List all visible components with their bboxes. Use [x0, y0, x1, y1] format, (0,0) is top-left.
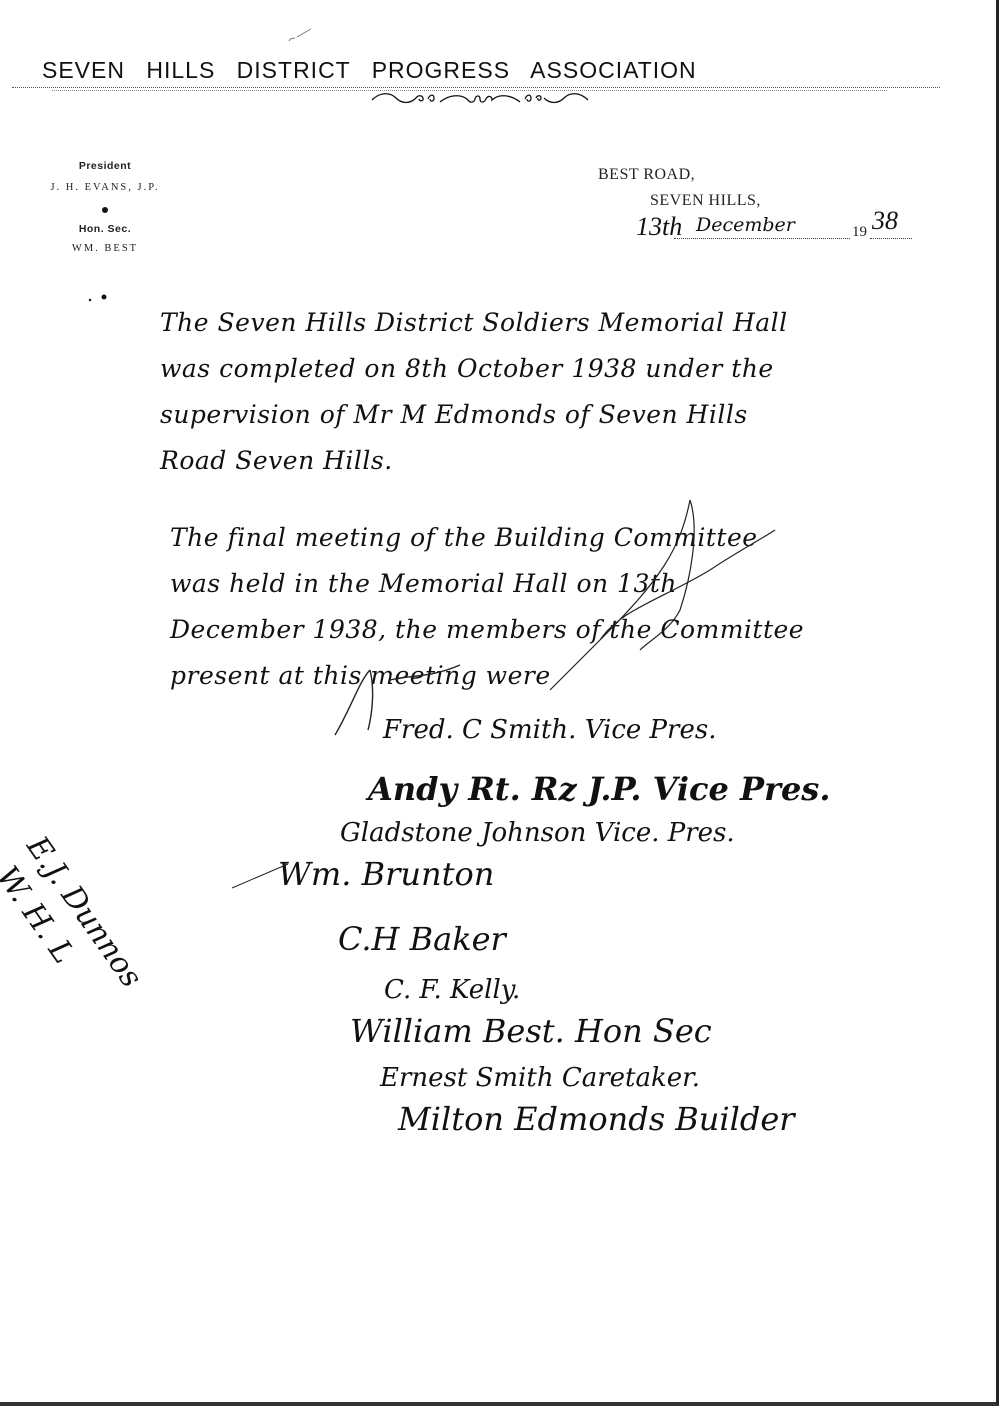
address-line-1: BEST ROAD, [598, 162, 761, 188]
bullet-dot-icon [102, 207, 108, 213]
paragraph-completion: The Seven Hills District Soldiers Memori… [160, 300, 970, 484]
signature-william-best: William Best. Hon Sec [350, 1012, 712, 1050]
organization-title: SEVEN HILLS DISTRICT PROGRESS ASSOCIATIO… [20, 57, 922, 84]
address-block: BEST ROAD, SEVEN HILLS, [598, 162, 761, 214]
text-line: supervision of Mr M Edmonds of Seven Hil… [160, 392, 970, 438]
overlapping-signature-scrawl [540, 490, 780, 750]
text-line: Road Seven Hills. [160, 438, 970, 484]
date-year-dotted-rule [870, 238, 912, 239]
margin-annotation: E.J. Dunnos W. H. L [8, 830, 268, 1000]
text-line: was completed on 8th October 1938 under … [160, 346, 970, 392]
officers-block: President J. H. EVANS, J.P. Hon. Sec. WM… [20, 160, 190, 254]
signature-gladstone-johnson: Gladstone Johnson Vice. Pres. [340, 818, 735, 848]
pen-stroke [230, 860, 290, 890]
signature-fred-smith: Fred. C Smith. Vice Pres. [383, 715, 716, 745]
signature-ernest-smith: Ernest Smith Caretaker. [380, 1063, 700, 1093]
date-month: December [696, 214, 795, 236]
president-label: President [20, 160, 190, 172]
secretary-label: Hon. Sec. [20, 223, 190, 235]
ornament-flourish-icon [370, 90, 590, 106]
stray-pen-mark [285, 25, 325, 45]
letter-page: SEVEN HILLS DISTRICT PROGRESS ASSOCIATIO… [0, 0, 999, 1406]
secretary-name: WM. BEST [20, 243, 190, 254]
header-rule [12, 87, 940, 88]
signature-kelly: C. F. Kelly. [384, 975, 520, 1005]
date-line: 13th December 19 38 [636, 212, 926, 246]
signature-brunton: Wm. Brunton [278, 855, 494, 893]
address-line-2: SEVEN HILLS, [598, 188, 761, 214]
date-year: 38 [872, 206, 898, 236]
signature-milton-edmonds: Milton Edmonds Builder [398, 1100, 795, 1138]
date-dotted-rule [674, 238, 850, 239]
bullet-dots-icon [87, 293, 117, 303]
president-name: J. H. EVANS, J.P. [20, 182, 190, 193]
date-century: 19 [852, 224, 867, 241]
text-line: The Seven Hills District Soldiers Memori… [160, 300, 970, 346]
signature-vice-pres-2: Andy Rt. Rz J.P. Vice Pres. [368, 770, 830, 808]
signature-baker: C.H Baker [338, 920, 506, 958]
